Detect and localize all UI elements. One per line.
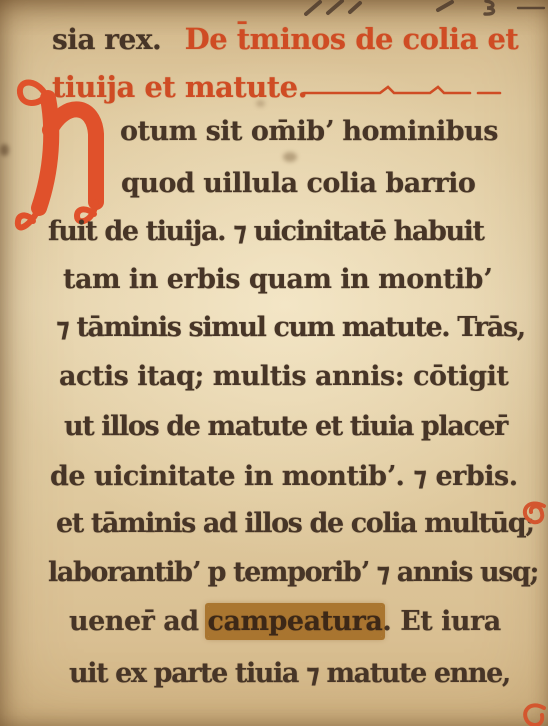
right-margin-flourish-icon <box>520 498 548 550</box>
manuscript-page: sia rex. De t̄minos de colia et tiuija e… <box>0 0 548 726</box>
text-line: fuit de tiuija. ⁊ uicinitatē habuit <box>48 216 484 247</box>
text-line: uit ex parte tiuia ⁊ matute enne, <box>69 658 510 689</box>
top-edge-text-fragment-icon <box>290 0 548 16</box>
text-line: ut illos de matute et tiuia placer̄ <box>64 411 507 442</box>
text-line-with-highlight: uener̄ ad campeatura. Et iura <box>69 606 501 637</box>
text-segment: . Et iura <box>382 606 500 637</box>
parchment-blemish <box>283 152 297 162</box>
text-line: quod uillula colia barrio <box>121 168 475 199</box>
highlighted-word: campeatura <box>208 606 383 637</box>
rubric-line-filler-icon <box>302 82 502 102</box>
rubric-title-part1: De t̄minos de colia et <box>185 22 519 56</box>
header-dark-text: sia rex. <box>52 23 161 56</box>
parchment-blemish <box>256 100 265 107</box>
text-line: de uicinitate in montibʼ. ⁊ erbis. <box>50 461 518 492</box>
text-line: ⁊ tāminis simul cum matute. Trās, <box>56 312 525 343</box>
bottom-right-flourish-icon <box>522 702 548 726</box>
text-line: otum sit om̄ibʼ hominibus <box>120 116 498 147</box>
text-line: et tāminis ad illos de colia multūq; <box>56 508 534 539</box>
text-segment: uener̄ ad <box>69 606 208 637</box>
text-line: actis itaq; multis annis: cōtigit <box>59 361 508 392</box>
text-line: laborantibʼ p temporibʼ ⁊ annis usq; <box>48 557 538 588</box>
text-line: tam in erbis quam in montibʼ <box>63 264 492 295</box>
parchment-blemish <box>0 144 9 156</box>
header-line-1: sia rex. De t̄minos de colia et <box>52 22 518 56</box>
